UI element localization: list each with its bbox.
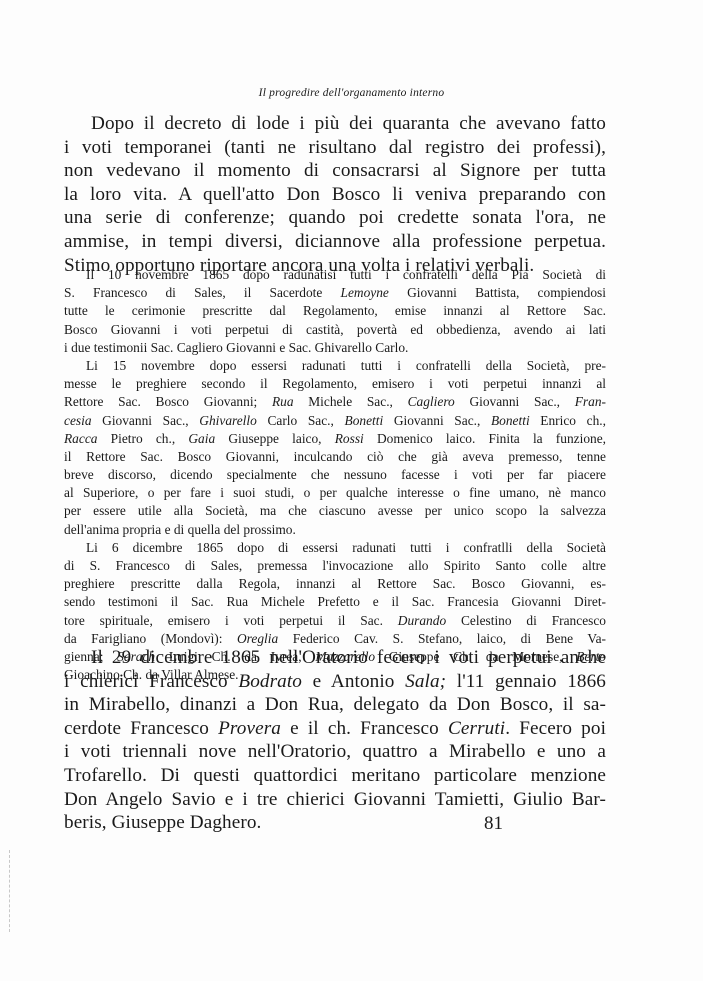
text-line: Il 10 novembre 1865 dopo radunatisi tutt… bbox=[64, 266, 606, 284]
text-line: Li 15 novembre dopo essersi radunati tut… bbox=[64, 357, 606, 375]
text-line: S. Francesco di Sales, il Sacerdote Lemo… bbox=[64, 284, 606, 302]
text-line: preghiere prescritte dalla Regola, innan… bbox=[64, 575, 606, 593]
text-line: Dopo il decreto di lode i più dei quaran… bbox=[64, 112, 606, 136]
text-line: messe le preghiere secondo il Regolament… bbox=[64, 375, 606, 393]
closing-paragraph: Il 29 dicembre 1865 nell'Oratorio fecero… bbox=[64, 646, 606, 835]
verbali-quotation: Il 10 novembre 1865 dopo radunatisi tutt… bbox=[64, 266, 606, 684]
text-line: di S. Francesco di Sales, premessa l'inv… bbox=[64, 557, 606, 575]
text-line: i voti triennali nove nell'Oratorio, qua… bbox=[64, 740, 606, 764]
text-line: la loro vita. A quell'atto Don Bosco li … bbox=[64, 183, 606, 207]
text-line: per essere utile alla Società, ma che ci… bbox=[64, 502, 606, 520]
text-line: Racca Pietro ch., Gaia Giuseppe laico, R… bbox=[64, 430, 606, 448]
text-line: Bosco Giovanni i voti perpetui di castit… bbox=[64, 321, 606, 339]
text-line: i voti temporanei (tanti ne risultano da… bbox=[64, 136, 606, 160]
text-line: sendo testimoni il Sac. Rua Michele Pref… bbox=[64, 593, 606, 611]
running-head: Il progredire dell'organamento interno bbox=[0, 87, 703, 99]
text-line: Il 29 dicembre 1865 nell'Oratorio fecero… bbox=[64, 646, 606, 670]
book-page: Il progredire dell'organamento interno D… bbox=[0, 0, 703, 981]
text-line: una serie di conferenze; quando poi cred… bbox=[64, 206, 606, 230]
scan-edge-mark bbox=[9, 850, 11, 932]
text-line: non vedevano il momento di consacrarsi a… bbox=[64, 159, 606, 183]
text-line: dell'anima propria e di quella del pross… bbox=[64, 521, 606, 539]
text-line: cerdote Francesco Provera e il ch. Franc… bbox=[64, 717, 606, 741]
page-number: 81 bbox=[484, 813, 503, 835]
text-line: Rettore Sac. Bosco Giovanni; Rua Michele… bbox=[64, 393, 606, 411]
text-line: Don Angelo Savio e i tre chierici Giovan… bbox=[64, 788, 606, 812]
text-line: tore spirituale, emisero i voti perpetui… bbox=[64, 612, 606, 630]
intro-paragraph: Dopo il decreto di lode i più dei quaran… bbox=[64, 112, 606, 277]
text-line: beris, Giuseppe Daghero. bbox=[64, 811, 606, 835]
text-line: in Mirabello, dinanzi a Don Rua, delegat… bbox=[64, 693, 606, 717]
text-line: cesia Giovanni Sac., Ghivarello Carlo Sa… bbox=[64, 412, 606, 430]
text-line: ammise, in tempi diversi, diciannove all… bbox=[64, 230, 606, 254]
text-line: tutte le cerimonie prescritte dal Regola… bbox=[64, 302, 606, 320]
text-line: Trofarello. Di questi quattordici merita… bbox=[64, 764, 606, 788]
text-line: Li 6 dicembre 1865 dopo di essersi radun… bbox=[64, 539, 606, 557]
text-line: i due testimonii Sac. Cagliero Giovanni … bbox=[64, 339, 606, 357]
text-line: il Rettore Sac. Bosco Giovanni, inculcan… bbox=[64, 448, 606, 466]
text-line: al Superiore, o per fare i suoi studi, o… bbox=[64, 484, 606, 502]
text-line: breve discorso, dicendo specialmente che… bbox=[64, 466, 606, 484]
text-line: i chierici Francesco Bodrato e Antonio S… bbox=[64, 670, 606, 694]
